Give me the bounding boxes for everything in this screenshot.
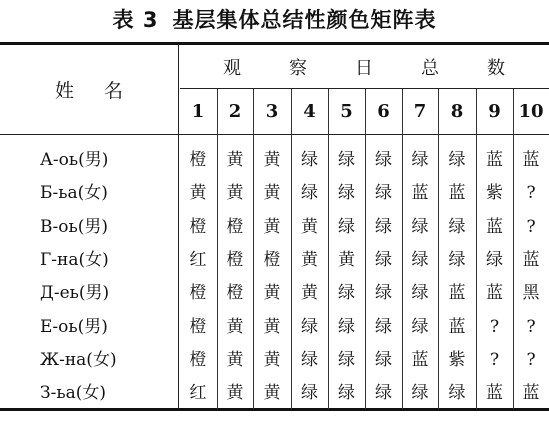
color-cell: 橙: [217, 243, 253, 277]
color-cell: 黄: [253, 143, 291, 177]
color-cell: 绿: [365, 276, 402, 310]
group-header-char: 数: [487, 54, 505, 80]
day-column-header: 2: [217, 89, 253, 134]
day-column-header: 1: [179, 89, 217, 134]
table-number: 表 3: [113, 8, 159, 32]
color-cell: 橙: [217, 276, 253, 310]
color-cell: 橙: [179, 310, 217, 344]
color-cell: 蓝: [513, 143, 549, 177]
color-cell: ?: [513, 343, 549, 377]
color-cell: 绿: [328, 210, 365, 244]
color-cell: 黄: [291, 210, 328, 244]
row-name: Е-оь(男): [40, 310, 108, 344]
color-cell: 绿: [476, 243, 513, 277]
color-cell: 红: [179, 376, 217, 410]
group-header-char: 观: [223, 54, 241, 80]
color-cell: 绿: [328, 276, 365, 310]
color-cell: 蓝: [513, 376, 549, 410]
day-column-header: 6: [365, 89, 402, 134]
color-cell: 绿: [365, 343, 402, 377]
color-cell: 绿: [365, 310, 402, 344]
day-column-header: 8: [438, 89, 476, 134]
color-cell: 蓝: [476, 143, 513, 177]
color-cell: 橙: [253, 243, 291, 277]
color-cell: 绿: [291, 176, 328, 210]
color-cell: 绿: [438, 376, 476, 410]
color-cell: 绿: [365, 176, 402, 210]
color-cell: ?: [476, 343, 513, 377]
color-cell: 橙: [179, 210, 217, 244]
color-cell: 橙: [179, 143, 217, 177]
color-cell: 蓝: [476, 210, 513, 244]
color-cell: 蓝: [476, 376, 513, 410]
color-cell: 蓝: [438, 310, 476, 344]
table-title: 表 3基层集体总结性颜色矩阵表: [0, 4, 549, 34]
color-cell: 黄: [253, 310, 291, 344]
row-name: З-ьа(女): [40, 376, 106, 410]
color-cell: 黄: [217, 343, 253, 377]
color-cell: 黄: [253, 176, 291, 210]
color-cell: 黄: [217, 310, 253, 344]
group-header-char: 日: [355, 54, 373, 80]
color-cell: 绿: [291, 310, 328, 344]
color-cell: 绿: [328, 310, 365, 344]
color-cell: 黄: [217, 376, 253, 410]
color-cell: 黄: [217, 176, 253, 210]
color-cell: 橙: [217, 210, 253, 244]
color-cell: 绿: [402, 243, 438, 277]
color-cell: 黄: [253, 343, 291, 377]
color-cell: 黄: [253, 276, 291, 310]
color-cell: 蓝: [402, 343, 438, 377]
color-cell: ?: [513, 176, 549, 210]
name-column-header: 姓名: [0, 45, 178, 134]
day-column-header: 9: [476, 89, 513, 134]
color-cell: 黄: [328, 243, 365, 277]
color-cell: 绿: [402, 310, 438, 344]
color-cell: 绿: [365, 376, 402, 410]
color-cell: 紫: [438, 343, 476, 377]
observation-days-header: 观 察 日 总 数: [179, 45, 549, 88]
color-cell: 绿: [365, 210, 402, 244]
row-name: Б-ьа(女): [40, 176, 108, 210]
day-column-header: 4: [291, 89, 328, 134]
color-cell: 黄: [291, 276, 328, 310]
color-cell: 黄: [253, 210, 291, 244]
color-cell: ?: [513, 310, 549, 344]
color-cell: 紫: [476, 176, 513, 210]
color-cell: 绿: [402, 376, 438, 410]
group-header-char: 察: [289, 54, 307, 80]
row-name: Г-на(女): [40, 243, 109, 277]
color-cell: 绿: [328, 176, 365, 210]
day-column-header: 7: [402, 89, 438, 134]
color-cell: 黑: [513, 276, 549, 310]
row-name: Д-еь(男): [40, 276, 109, 310]
color-cell: 绿: [438, 243, 476, 277]
color-cell: 绿: [402, 210, 438, 244]
row-name: Ж-на(女): [40, 343, 117, 377]
color-cell: 绿: [328, 143, 365, 177]
color-cell: 黄: [217, 143, 253, 177]
color-cell: 绿: [438, 210, 476, 244]
color-cell: 黄: [179, 176, 217, 210]
color-cell: 绿: [402, 143, 438, 177]
color-cell: ?: [513, 210, 549, 244]
color-cell: 蓝: [402, 176, 438, 210]
color-cell: ?: [476, 310, 513, 344]
color-cell: 绿: [365, 243, 402, 277]
color-cell: 绿: [291, 376, 328, 410]
color-cell: 蓝: [438, 276, 476, 310]
day-column-header: 3: [253, 89, 291, 134]
color-cell: 黄: [253, 376, 291, 410]
color-cell: 绿: [402, 276, 438, 310]
color-cell: 橙: [179, 276, 217, 310]
color-cell: 绿: [291, 143, 328, 177]
color-cell: 蓝: [438, 176, 476, 210]
table-title-text: 基层集体总结性颜色矩阵表: [172, 8, 436, 32]
group-header-char: 总: [421, 54, 439, 80]
color-cell: 绿: [328, 343, 365, 377]
color-cell: 绿: [365, 143, 402, 177]
row-name: А-оь(男): [40, 143, 108, 177]
color-cell: 橙: [179, 343, 217, 377]
day-column-header: 10: [513, 89, 549, 134]
row-name: В-оь(男): [40, 210, 108, 244]
color-cell: 绿: [291, 343, 328, 377]
header-rule: [0, 134, 549, 135]
day-column-header: 5: [328, 89, 365, 134]
color-cell: 红: [179, 243, 217, 277]
color-cell: 黄: [291, 243, 328, 277]
color-cell: 绿: [328, 376, 365, 410]
color-cell: 绿: [438, 143, 476, 177]
color-cell: 蓝: [513, 243, 549, 277]
color-cell: 蓝: [476, 276, 513, 310]
